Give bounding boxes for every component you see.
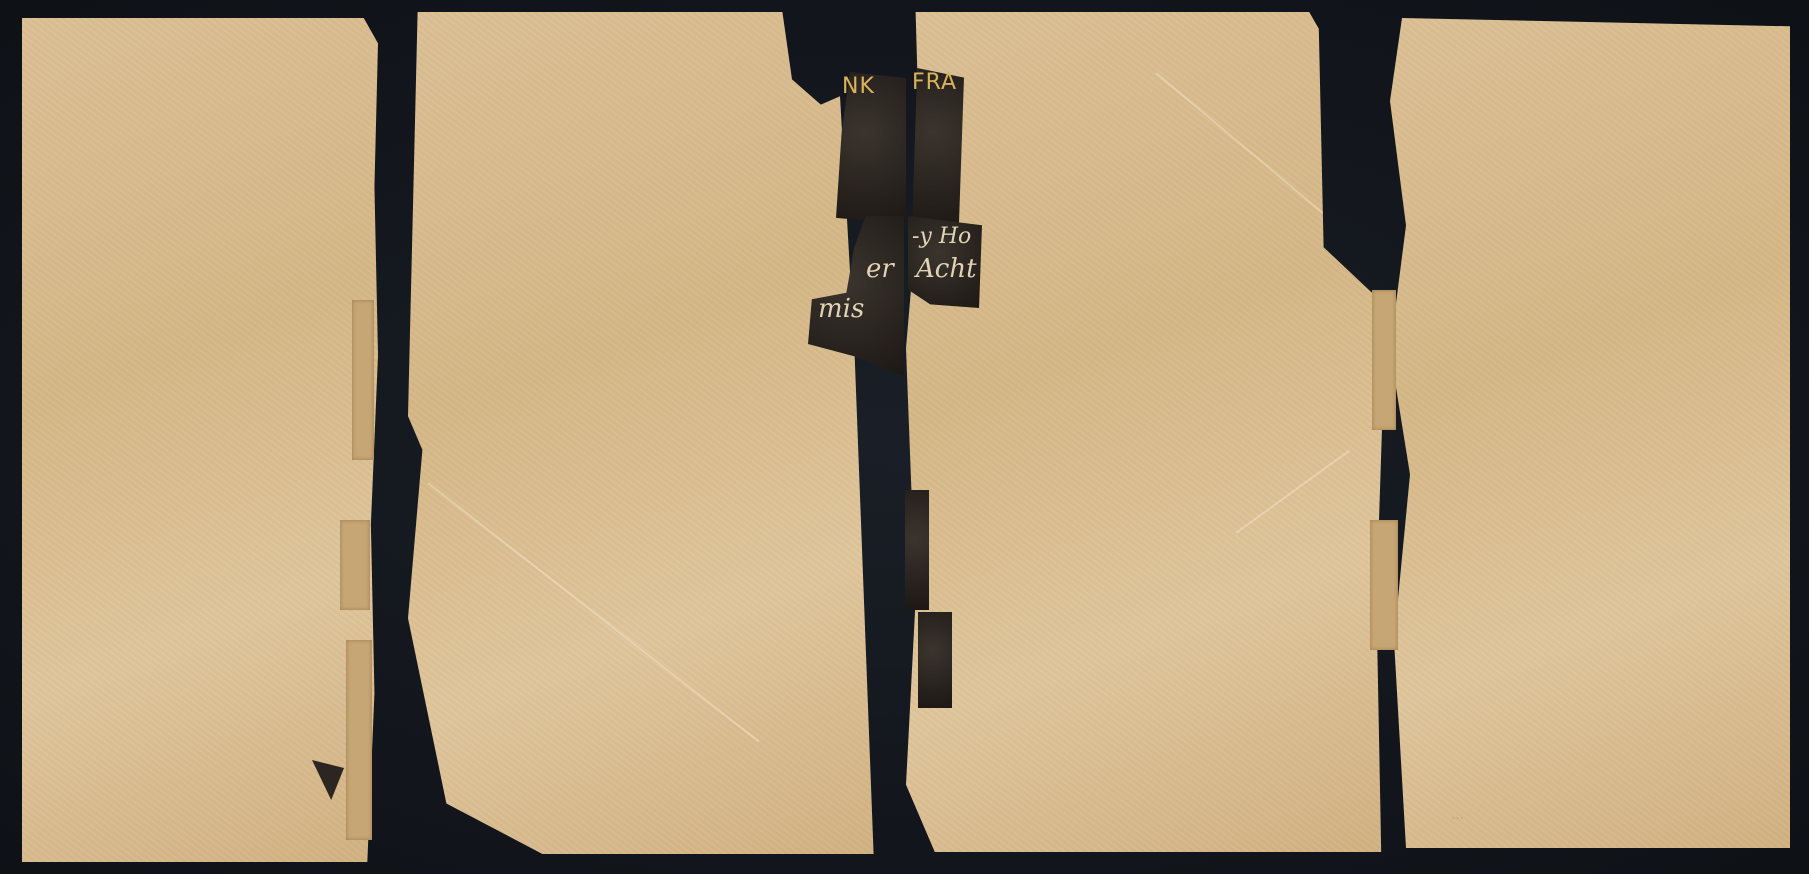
- panel-4-tape-strip: [1370, 520, 1398, 650]
- panel-3-crease: [1155, 72, 1332, 221]
- paper-panel-3: [906, 12, 1386, 852]
- label-fragment-spine-strip: [918, 612, 952, 708]
- paper-panel-1: [22, 18, 378, 862]
- paper-panel-4: …: [1390, 18, 1790, 848]
- reverse-side-show-through-text: …: [1450, 808, 1464, 823]
- panel-1-tape-strip: [352, 300, 374, 460]
- fragment-text-mis: mis: [818, 296, 864, 322]
- paper-panel-2: [408, 12, 888, 854]
- panel-2-crease: [427, 482, 759, 742]
- fragment-text-ho: -y Ho: [912, 226, 971, 248]
- panel-1-tape-strip: [346, 640, 372, 840]
- fragment-text-acht: Acht: [916, 256, 977, 282]
- fragment-text-fra: FRA: [912, 72, 957, 94]
- panel-4-tape-strip: [1372, 290, 1396, 430]
- fragment-text-er: er: [866, 256, 894, 282]
- panel-1-tape-strip: [340, 520, 370, 610]
- panel-3-crease: [1235, 450, 1349, 534]
- fragment-text-nk: NK: [842, 76, 875, 98]
- label-fragment-spine-strip: [905, 490, 929, 610]
